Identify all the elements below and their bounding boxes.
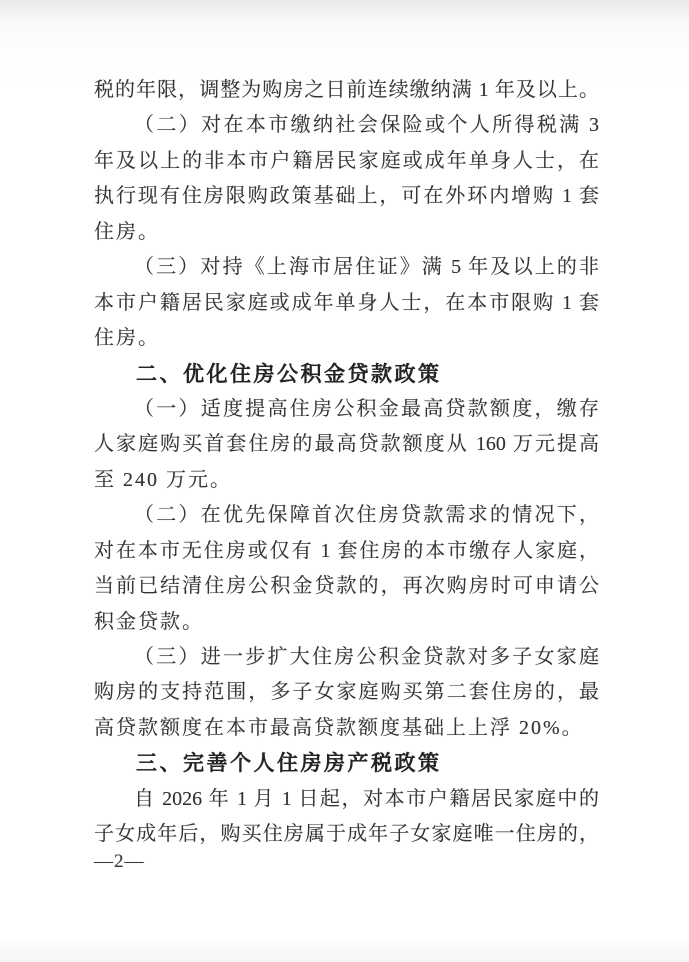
section-heading: 三、完善个人住房房产税政策 bbox=[94, 746, 599, 781]
text-line: 住房。 bbox=[94, 215, 599, 250]
text-line: 自 2026 年 1 月 1 日起，对本市户籍居民家庭中的 bbox=[94, 782, 599, 817]
text-line: 购房的支持范围，多子女家庭购买第二套住房的，最 bbox=[94, 675, 599, 710]
text-line: 积金贷款。 bbox=[94, 605, 599, 640]
text-line: （一）适度提高住房公积金最高贷款额度，缴存 bbox=[94, 392, 599, 427]
text-line: 税的年限，调整为购房之日前连续缴纳满 1 年及以上。 bbox=[94, 73, 599, 108]
text-line: 对在本市无住房或仅有 1 套住房的本市缴存人家庭， bbox=[94, 534, 599, 569]
text-line: （三）进一步扩大住房公积金贷款对多子女家庭 bbox=[94, 640, 599, 675]
text-line: 人家庭购买首套住房的最高贷款额度从 160 万元提高 bbox=[94, 427, 599, 462]
text-line: （三）对持《上海市居住证》满 5 年及以上的非 bbox=[94, 250, 599, 285]
text-line: 本市户籍居民家庭或成年单身人士，在本市限购 1 套 bbox=[94, 286, 599, 321]
page-number: —2— bbox=[94, 849, 145, 875]
section-heading: 二、优化住房公积金贷款政策 bbox=[94, 357, 599, 392]
scanned-page: 税的年限，调整为购房之日前连续缴纳满 1 年及以上。（二）对在本市缴纳社会保险或… bbox=[0, 0, 689, 962]
text-line: 子女成年后，购买住房属于成年子女家庭唯一住房的， bbox=[94, 817, 599, 852]
text-line: 当前已结清住房公积金贷款的，再次购房时可申请公 bbox=[94, 569, 599, 604]
text-line: 执行现有住房限购政策基础上，可在外环内增购 1 套 bbox=[94, 179, 599, 214]
text-line: 年及以上的非本市户籍居民家庭或成年单身人士，在 bbox=[94, 144, 599, 179]
text-line: 住房。 bbox=[94, 321, 599, 356]
text-block: 税的年限，调整为购房之日前连续缴纳满 1 年及以上。（二）对在本市缴纳社会保险或… bbox=[94, 73, 599, 853]
text-line: 至 240 万元。 bbox=[94, 463, 599, 498]
text-line: （二）在优先保障首次住房贷款需求的情况下， bbox=[94, 498, 599, 533]
text-line: 高贷款额度在本市最高贷款额度基础上上浮 20%。 bbox=[94, 711, 599, 746]
text-line: （二）对在本市缴纳社会保险或个人所得税满 3 bbox=[94, 108, 599, 143]
